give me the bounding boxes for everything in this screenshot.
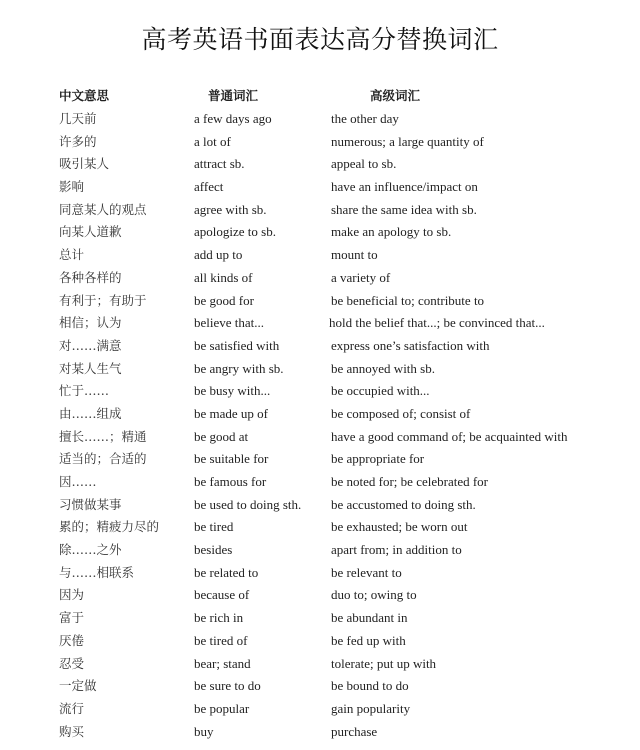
common-vocab-cell: be rich in [194,607,243,629]
table-row: 厌倦be tired ofbe fed up with [0,630,640,653]
advanced-vocab-cell: have a good command of; be acquainted wi… [331,426,567,448]
chinese-meaning-cell: 总计 [59,244,84,266]
chinese-meaning-cell: 适当的；合适的 [59,448,147,470]
chinese-meaning-cell: 对……满意 [59,335,122,357]
chinese-meaning-cell: 习惯做某事 [59,494,122,516]
common-vocab-cell: be good at [194,426,248,448]
advanced-vocab-cell: express one’s satisfaction with [331,335,490,357]
common-vocab-cell: be tired [194,516,233,538]
chinese-meaning-cell: 相信；认为 [59,312,122,334]
chinese-meaning-cell: 忙于…… [59,380,109,402]
advanced-vocab-cell: be appropriate for [331,448,424,470]
advanced-vocab-cell: be annoyed with sb. [331,358,435,380]
table-row: 除……之外besidesapart from; in addition to [0,539,640,562]
chinese-meaning-cell: 一定做 [59,675,97,697]
common-vocab-cell: a lot of [194,131,231,153]
table-row: 相信；认为believe that...hold the belief that… [0,312,640,335]
table-row: 流行be populargain popularity [0,698,640,721]
common-vocab-cell: all kinds of [194,267,253,289]
table-row: 对……满意be satisfied withexpress one’s sati… [0,335,640,358]
common-vocab-cell: be popular [194,698,249,720]
table-row: 对某人生气be angry with sb.be annoyed with sb… [0,358,640,381]
table-row: 影响affecthave an influence/impact on [0,176,640,199]
common-vocab-cell: be satisfied with [194,335,279,357]
table-row: 富于be rich inbe abundant in [0,607,640,630]
common-vocab-cell: be tired of [194,630,247,652]
advanced-vocab-cell: apart from; in addition to [331,539,462,561]
chinese-meaning-cell: 因为 [59,584,84,606]
table-row: 忍受bear; standtolerate; put up with [0,653,640,676]
advanced-vocab-cell: duo to; owing to [331,584,417,606]
chinese-meaning-cell: 各种各样的 [59,267,122,289]
common-vocab-cell: be famous for [194,471,266,493]
chinese-meaning-cell: 几天前 [59,108,97,130]
chinese-meaning-cell: 购买 [59,721,84,743]
common-vocab-cell: be good for [194,290,254,312]
vocabulary-table: 中文意思 普通词汇 高级词汇 几天前a few days agothe othe… [0,85,640,743]
common-vocab-cell: be sure to do [194,675,261,697]
common-vocab-cell: be related to [194,562,258,584]
table-body: 几天前a few days agothe other day许多的a lot o… [0,108,640,743]
advanced-vocab-cell: appeal to sb. [331,153,396,175]
common-vocab-cell: because of [194,584,249,606]
common-vocab-cell: bear; stand [194,653,251,675]
table-row: 累的；精疲力尽的be tiredbe exhausted; be worn ou… [0,516,640,539]
chinese-meaning-cell: 同意某人的观点 [59,199,147,221]
common-vocab-cell: be busy with... [194,380,270,402]
table-row: 同意某人的观点agree with sb.share the same idea… [0,199,640,222]
common-vocab-cell: affect [194,176,223,198]
advanced-vocab-cell: be composed of; consist of [331,403,470,425]
common-vocab-cell: a few days ago [194,108,272,130]
table-row: 因为because ofduo to; owing to [0,584,640,607]
advanced-vocab-cell: make an apology to sb. [331,221,451,243]
advanced-vocab-cell: a variety of [331,267,390,289]
advanced-vocab-cell: share the same idea with sb. [331,199,477,221]
chinese-meaning-cell: 厌倦 [59,630,84,652]
common-vocab-cell: buy [194,721,214,743]
page-title: 高考英语书面表达高分替换词汇 [0,20,640,56]
table-row: 有利于；有助于be good forbe beneficial to; cont… [0,290,640,313]
advanced-vocab-cell: the other day [331,108,399,130]
chinese-meaning-cell: 因…… [59,471,97,493]
chinese-meaning-cell: 有利于；有助于 [59,290,147,312]
chinese-meaning-cell: 影响 [59,176,84,198]
chinese-meaning-cell: 与……相联系 [59,562,134,584]
common-vocab-cell: attract sb. [194,153,245,175]
common-vocab-cell: believe that... [194,312,264,334]
chinese-meaning-cell: 许多的 [59,131,97,153]
common-vocab-cell: be angry with sb. [194,358,284,380]
advanced-vocab-cell: be exhausted; be worn out [331,516,467,538]
column-header-common: 普通词汇 [208,85,258,107]
advanced-vocab-cell: tolerate; put up with [331,653,436,675]
table-row: 各种各样的all kinds ofa variety of [0,267,640,290]
advanced-vocab-cell: be abundant in [331,607,408,629]
advanced-vocab-cell: be bound to do [331,675,409,697]
table-row: 忙于……be busy with...be occupied with... [0,380,640,403]
advanced-vocab-cell: hold the belief that...; be convinced th… [329,312,545,334]
advanced-vocab-cell: be beneficial to; contribute to [331,290,484,312]
table-row: 习惯做某事be used to doing sth.be accustomed … [0,494,640,517]
table-row: 总计add up tomount to [0,244,640,267]
table-row: 吸引某人attract sb.appeal to sb. [0,153,640,176]
advanced-vocab-cell: mount to [331,244,378,266]
table-row: 许多的a lot ofnumerous; a large quantity of [0,131,640,154]
chinese-meaning-cell: 除……之外 [59,539,122,561]
common-vocab-cell: add up to [194,244,242,266]
advanced-vocab-cell: purchase [331,721,377,743]
chinese-meaning-cell: 向某人道歉 [59,221,122,243]
table-row: 由……组成be made up ofbe composed of; consis… [0,403,640,426]
table-row: 适当的；合适的be suitable forbe appropriate for [0,448,640,471]
chinese-meaning-cell: 擅长……；精通 [59,426,147,448]
table-row: 几天前a few days agothe other day [0,108,640,131]
common-vocab-cell: be suitable for [194,448,268,470]
column-header-chinese: 中文意思 [59,85,109,107]
common-vocab-cell: be used to doing sth. [194,494,301,516]
advanced-vocab-cell: be occupied with... [331,380,430,402]
common-vocab-cell: besides [194,539,232,561]
advanced-vocab-cell: be fed up with [331,630,406,652]
chinese-meaning-cell: 流行 [59,698,84,720]
common-vocab-cell: be made up of [194,403,268,425]
table-row: 擅长……；精通be good athave a good command of;… [0,426,640,449]
advanced-vocab-cell: be relevant to [331,562,402,584]
chinese-meaning-cell: 对某人生气 [59,358,122,380]
table-row: 购买buypurchase [0,721,640,744]
column-header-advanced: 高级词汇 [370,85,420,107]
chinese-meaning-cell: 吸引某人 [59,153,109,175]
chinese-meaning-cell: 累的；精疲力尽的 [59,516,159,538]
advanced-vocab-cell: be accustomed to doing sth. [331,494,476,516]
table-header-row: 中文意思 普通词汇 高级词汇 [0,85,640,108]
advanced-vocab-cell: have an influence/impact on [331,176,478,198]
chinese-meaning-cell: 忍受 [59,653,84,675]
table-row: 因……be famous forbe noted for; be celebra… [0,471,640,494]
table-row: 与……相联系be related tobe relevant to [0,562,640,585]
advanced-vocab-cell: be noted for; be celebrated for [331,471,488,493]
advanced-vocab-cell: gain popularity [331,698,410,720]
table-row: 一定做be sure to dobe bound to do [0,675,640,698]
chinese-meaning-cell: 富于 [59,607,84,629]
table-row: 向某人道歉apologize to sb.make an apology to … [0,221,640,244]
common-vocab-cell: apologize to sb. [194,221,276,243]
advanced-vocab-cell: numerous; a large quantity of [331,131,484,153]
common-vocab-cell: agree with sb. [194,199,267,221]
chinese-meaning-cell: 由……组成 [59,403,122,425]
